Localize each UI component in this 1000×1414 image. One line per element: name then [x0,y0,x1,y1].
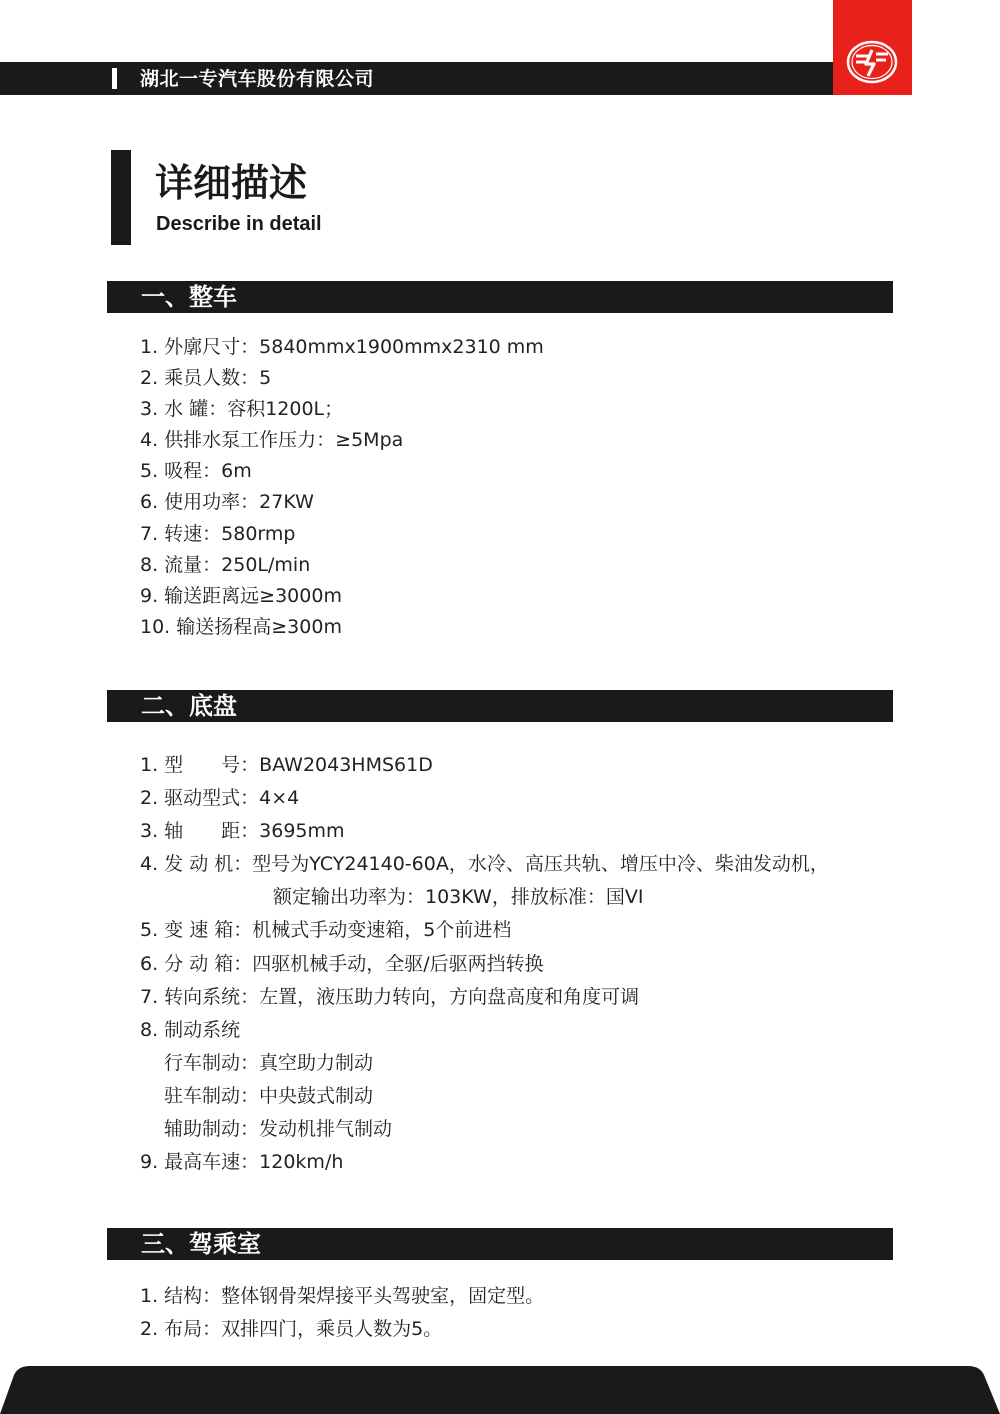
list-item: 6. 使用功率：27KW [140,487,544,518]
section-header-chassis: 二、底盘 [107,690,893,722]
list-item: 2. 驱动型式：4×4 [140,782,829,815]
header-divider-mark [112,68,117,89]
list-item: 2. 乘员人数：5 [140,363,544,394]
logo-tab [833,0,912,95]
list-subitem: 行车制动：真空助力制动 [140,1047,829,1080]
company-header-bar: 湖北一专汽车股份有限公司 [0,62,834,95]
company-name: 湖北一专汽车股份有限公司 [140,66,374,92]
footer-band [0,1365,1000,1414]
list-subitem: 驻车制动：中央鼓式制动 [140,1080,829,1113]
list-item: 3. 轴 距：3695mm [140,815,829,848]
spec-list-cab: 1. 结构：整体钢骨架焊接平头驾驶室，固定型。 2. 布局：双排四门，乘员人数为… [140,1280,544,1346]
list-item: 1. 结构：整体钢骨架焊接平头驾驶室，固定型。 [140,1280,544,1313]
list-item: 8. 制动系统 [140,1014,829,1047]
list-item: 9. 最高车速：120km/h [140,1146,829,1179]
list-item: 4. 发 动 机：型号为YCY24140-60A，水冷、高压共轨、增压中冷、柴油… [140,848,829,881]
list-item: 7. 转速：580rmp [140,519,544,550]
list-subitem: 辅助制动：发动机排气制动 [140,1113,829,1146]
page-subtitle: Describe in detail [156,210,322,238]
list-item: 9. 输送距离远≥3000m [140,581,544,612]
list-item: 1. 外廓尺寸：5840mmx1900mmx2310 mm [140,332,544,363]
section-heading: 二、底盘 [141,690,237,722]
page-title: 详细描述 [155,158,307,208]
spec-list-vehicle: 1. 外廓尺寸：5840mmx1900mmx2310 mm 2. 乘员人数：5 … [140,332,544,643]
section-heading: 一、整车 [141,281,237,313]
section-heading: 三、驾乘室 [141,1228,261,1260]
list-item: 5. 变 速 箱：机械式手动变速箱，5个前进档 [140,914,829,947]
company-logo-icon [846,40,898,84]
list-item: 1. 型 号：BAW2043HMS61D [140,749,829,782]
list-item-continuation: 额定输出功率为：103KW，排放标准：国VI [140,881,829,914]
section-header-cab: 三、驾乘室 [107,1228,893,1260]
list-item: 8. 流量：250L/min [140,550,544,581]
list-item: 3. 水 罐：容积1200L； [140,394,544,425]
list-item: 10. 输送扬程高≥300m [140,612,544,643]
title-accent-bar [111,150,131,245]
list-item: 7. 转向系统：左置，液压助力转向，方向盘高度和角度可调 [140,981,829,1014]
section-header-vehicle: 一、整车 [107,281,893,313]
list-item: 4. 供排水泵工作压力：≥5Mpa [140,425,544,456]
list-item: 2. 布局：双排四门，乘员人数为5。 [140,1313,544,1346]
list-item: 5. 吸程：6m [140,456,544,487]
list-item: 6. 分 动 箱：四驱机械手动，全驱/后驱两挡转换 [140,948,829,981]
spec-list-chassis: 1. 型 号：BAW2043HMS61D 2. 驱动型式：4×4 3. 轴 距：… [140,749,829,1179]
